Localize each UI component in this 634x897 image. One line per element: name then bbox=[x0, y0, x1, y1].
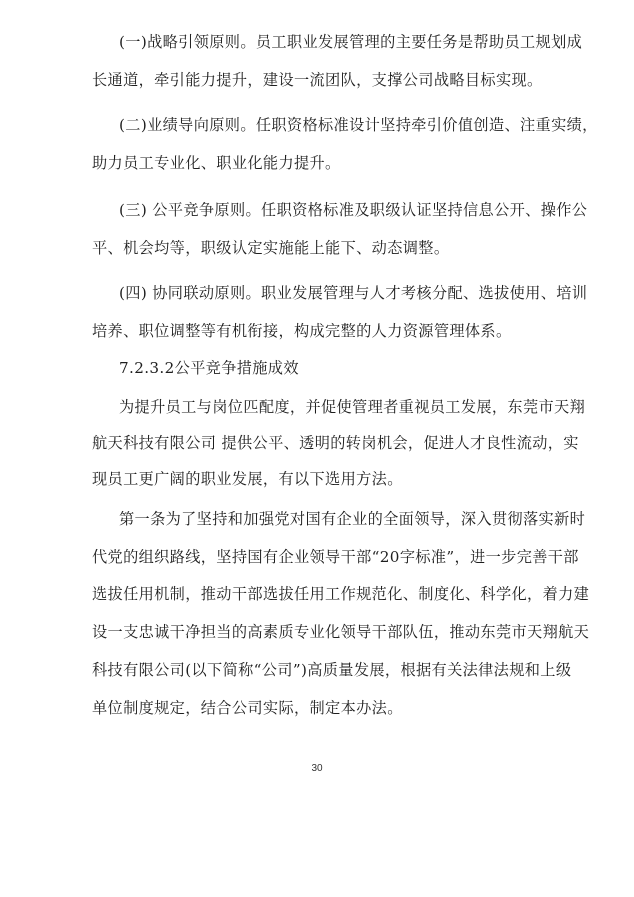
page-number: 30 bbox=[0, 763, 634, 774]
principle-3-line-1: (三) 公平竞争原则。任职资格标准及职级认证坚持信息公开、操作公 bbox=[119, 200, 587, 220]
principle-2-line-2: 助力员工专业化、职业化能力提升。 bbox=[92, 153, 341, 173]
principle-3-line-2: 平、机会均等，职级认定实施能上能下、动态调整。 bbox=[92, 238, 449, 258]
principle-4-line-1: (四) 协同联动原则。职业发展管理与人才考核分配、选拔使用、培训 bbox=[119, 283, 587, 303]
principle-1-line-2: 长通道，牵引能力提升，建设一流团队，支撑公司战略目标实现。 bbox=[92, 70, 543, 90]
principle-1-line-1: (一)战略引领原则。员工职业发展管理的主要任务是帮助员工规划成 bbox=[119, 32, 582, 52]
article-1-line-2: 代党的组织路线，坚持国有企业领导干部“20字标准”，进一步完善干部 bbox=[92, 547, 579, 567]
intro-paragraph-line-2: 航天科技有限公司 提供公平、透明的转岗机会，促进人才良性流动，实 bbox=[92, 433, 579, 453]
principle-2-line-1: (二)业绩导向原则。任职资格标准设计坚持牵引价值创造、注重实绩， bbox=[119, 115, 598, 135]
article-1-line-6: 单位制度规定，结合公司实际，制定本办法。 bbox=[92, 698, 403, 718]
intro-paragraph-line-1: 为提升员工与岗位匹配度，并促使管理者重视员工发展，东莞市天翔 bbox=[119, 397, 585, 417]
section-heading: 7.2.3.2公平竞争措施成效 bbox=[119, 358, 299, 378]
document-page: (一)战略引领原则。员工职业发展管理的主要任务是帮助员工规划成 长通道，牵引能力… bbox=[0, 0, 634, 897]
article-1-line-1: 第一条为了坚持和加强党对国有企业的全面领导，深入贯彻落实新时 bbox=[119, 509, 585, 529]
article-1-line-5: 科技有限公司(以下简称“公司”)高质量发展，根据有关法律法规和上级 bbox=[92, 660, 571, 680]
intro-paragraph-line-3: 现员工更广阔的职业发展，有以下选用方法。 bbox=[92, 469, 403, 489]
principle-4-line-2: 培养、职位调整等有机衔接，构成完整的人力资源管理体系。 bbox=[92, 321, 512, 341]
article-1-line-3: 选拔任用机制，推动干部选拔任用工作规范化、制度化、科学化，着力建 bbox=[92, 584, 589, 604]
article-1-line-4: 设一支忠诚干净担当的高素质专业化领导干部队伍，推动东莞市天翔航天 bbox=[92, 622, 589, 642]
